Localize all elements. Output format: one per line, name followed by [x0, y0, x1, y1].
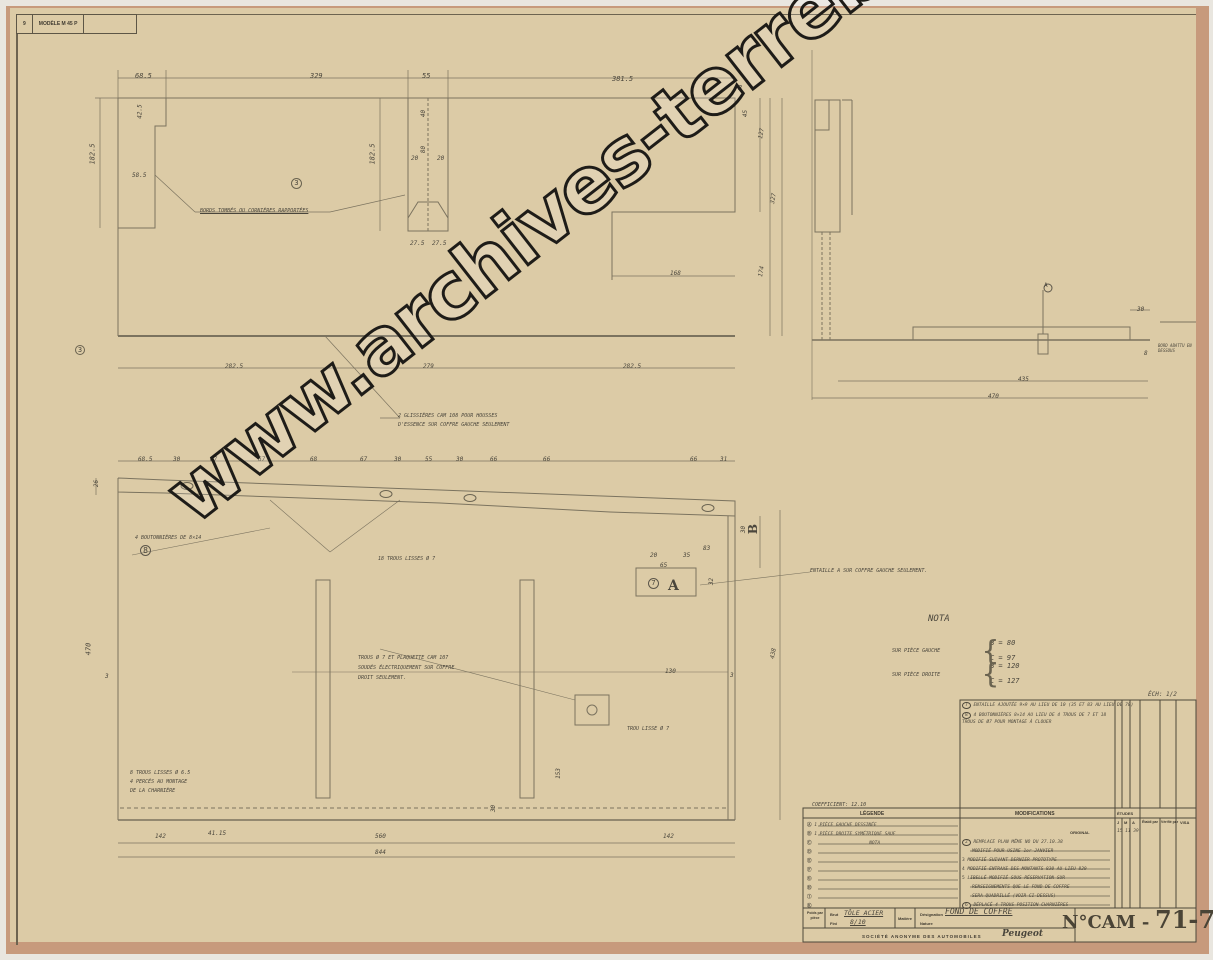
legende-header: LÉGENDE — [860, 811, 884, 817]
ref-b-circle: 8 — [140, 545, 151, 556]
fini-label: Fini — [830, 921, 837, 926]
modification-item: 4 MODIFIÉ ENTRAXE DES MONTANTS 830 AU LI… — [962, 865, 1087, 874]
dim-label: 8 — [1144, 350, 1148, 357]
legende-item: Ⓔ — [807, 857, 896, 866]
legende-item: Ⓓ — [807, 848, 896, 857]
dim-label: 35 — [683, 552, 690, 559]
dim-label: 67 — [360, 456, 367, 463]
brut-label: Brut — [830, 912, 838, 917]
note-glissieres-2: D'ESSENCE SUR COFFRE GAUCHE SEULEMENT — [398, 422, 509, 428]
etudes-header: ÉTUDES — [1117, 811, 1133, 816]
mod-ref: 5 — [962, 876, 965, 881]
note-trous-lisses: 18 TROUS LISSES Ø 7 — [378, 556, 435, 562]
note-bords: BORDS TOMBÉS OU CORNIÈRES RAPPORTÉES — [200, 208, 308, 214]
nota-right-label: SUR PIÈCE DROITE — [892, 672, 940, 678]
mod-text: MODIFIÉ POUR USINE 1er JANVIER — [972, 849, 1053, 854]
col-verifie: Vérifié par — [1161, 820, 1178, 824]
dim-label: 68.5 — [138, 456, 152, 463]
dim-label: 142 — [663, 833, 674, 840]
drawing-number-value: 71-70 — [1155, 905, 1213, 934]
fini-value: 8/10 — [850, 918, 866, 926]
col-a: A — [1132, 820, 1135, 825]
dim-label: 30 — [394, 456, 401, 463]
designation-label: Désignation — [920, 912, 943, 917]
note-glissieres-1: 2 GLISSIÈRES CAM 108 POUR HOUSSES — [398, 413, 497, 419]
modification-item: 2 REMPLACE PLAN MÊME NO DU 27.10.38 — [962, 838, 1087, 847]
legende-item: Ⓖ — [807, 875, 896, 884]
modification-item: 5 LIBELLÉ MODIFIÉ SOUS RÉSERVATION SUR — [962, 874, 1087, 883]
dim-label: 168 — [670, 270, 681, 277]
dim-label: 30 — [1137, 306, 1144, 313]
scale-note: ÉCH: 1/2 — [1148, 691, 1177, 698]
note-trou-lisse: TROU LISSE Ø 7 — [627, 726, 669, 732]
mod-ref: 2 — [962, 839, 971, 846]
dim-label: 30 — [490, 805, 497, 812]
nota-title: NOTA — [928, 614, 950, 624]
dim-label: 381.5 — [612, 75, 633, 83]
mod-ref: 8 — [962, 712, 971, 719]
dim-label: 560 — [375, 833, 386, 840]
note-entaille: ENTAILLE A SUR COFFRE GAUCHE SEULEMENT. — [810, 568, 927, 574]
dim-label: 66 — [490, 456, 497, 463]
col-etabli: Établi par — [1142, 820, 1158, 824]
dim-label: 142 — [155, 833, 166, 840]
original-label: ORIGINAL — [1070, 830, 1090, 835]
legende-text: 1 PIÈCE GAUCHE DESSINÉE — [814, 823, 876, 828]
modifications-list: 2 REMPLACE PLAN MÊME NO DU 27.10.38 MODI… — [962, 838, 1087, 910]
legende-text: NOTA — [869, 841, 880, 846]
dim-label: 66 — [690, 456, 697, 463]
legende-item: Ⓗ — [807, 884, 896, 893]
note-8-trous-3: DE LA CHARNIÈRE — [130, 788, 175, 794]
mod-row-7: 7 ENTAILLE AJOUTÉE 9×9 AU LIEU DE 10 (35… — [962, 703, 1133, 708]
col-m: M — [1124, 820, 1127, 825]
note-8-trous-1: 8 TROUS LISSES Ø 6.5 — [130, 770, 190, 776]
dim-label: 31 — [720, 456, 727, 463]
dim-label: 282.5 — [225, 363, 243, 370]
dim-label: 844 — [375, 849, 386, 856]
callout-a: A — [1044, 282, 1048, 289]
dim-label: 55 — [422, 72, 430, 80]
dim-label: 40 — [420, 110, 427, 117]
side-view-outline — [812, 50, 1196, 400]
mod-ref: 3 — [962, 858, 965, 863]
modification-item: 3 MODIFIÉ SUIVANT DERNIER PROTOTYPE — [962, 856, 1087, 865]
dim-label: 80 — [420, 146, 427, 153]
col-visa: VISA — [1180, 820, 1189, 825]
dim-label: 182.5 — [89, 143, 97, 164]
mod-text: REMPLACE PLAN MÊME NO DU 27.10.38 — [973, 840, 1062, 845]
note-plaquette-1: TROUS Ø 7 ET PLAQUETTE CAM 107 — [358, 655, 448, 661]
nature-label: Nature — [920, 921, 933, 926]
mod-text: LIBELLÉ MODIFIÉ SOUS RÉSERVATION SUR — [967, 876, 1065, 881]
dim-label: 30 — [456, 456, 463, 463]
matiere-label: Matière — [898, 916, 912, 921]
dim-label: 20 — [411, 155, 418, 162]
modifications-header: MODIFICATIONS — [1015, 811, 1055, 817]
dim-label: 3 — [105, 673, 109, 680]
original-date: 15 11 39 — [1117, 829, 1139, 834]
legende-list: Ⓐ 1 PIÈCE GAUCHE DESSINÉE Ⓑ 1 PIÈCE DROI… — [807, 821, 896, 911]
dim-label: 182.5 — [369, 143, 377, 164]
legende-item: Ⓑ 1 PIÈCE DROITE SYMÉTRIQUE SAUF — [807, 830, 896, 839]
drawing-number: N°CAM - 71-70 — [1062, 905, 1213, 934]
dim-label: 435 — [1018, 376, 1029, 383]
dim-label: 27.5 — [410, 240, 424, 247]
dim-label: 58.5 — [132, 172, 146, 179]
note-plaquette-3: DROIT SEULEMENT. — [358, 675, 406, 681]
dim-label: 42.5 — [137, 104, 144, 118]
note-8-trous-2: 4 PERCÉS AU MONTAGE — [130, 779, 187, 785]
col-j: J — [1117, 820, 1119, 825]
mod-ref: 4 — [962, 867, 965, 872]
mod-row-8: 8 4 BOUTONNIÈRES 8×14 AU LIEU DE 4 TROUS… — [962, 712, 1112, 726]
nota-brace-right: { — [982, 661, 999, 687]
nota-left-label: SUR PIÈCE GAUCHE — [892, 648, 940, 654]
dim-label: 65 — [660, 562, 667, 569]
dim-label: 130 — [665, 668, 676, 675]
brut-value: TÔLE ACIER — [844, 909, 883, 917]
legende-item: Ⓒ NOTA — [807, 839, 896, 848]
dim-label: 153 — [555, 768, 562, 779]
label-b: B — [746, 524, 760, 534]
modification-item: SERA QUADRILLÉ (VOIR CI-DESSUS) — [972, 892, 1087, 901]
dim-label: 66 — [543, 456, 550, 463]
dim-label: 55 — [425, 456, 432, 463]
dim-label: 32 — [708, 578, 715, 585]
notch-ref-circle: 7 — [648, 578, 659, 589]
modification-item: MODIFIÉ POUR USINE 1er JANVIER — [972, 847, 1087, 856]
legende-text: 1 PIÈCE DROITE SYMÉTRIQUE SAUF — [814, 832, 895, 837]
modification-item: RENSEIGNEMENTS QUE LE FOND DE COFFRE — [972, 883, 1087, 892]
mod-text: MODIFIÉ SUIVANT DERNIER PROTOTYPE — [967, 858, 1056, 863]
dim-label: 20 — [437, 155, 444, 162]
notch-label-a: A — [668, 578, 679, 594]
mod-text: RENSEIGNEMENTS QUE LE FOND DE COFFRE — [972, 885, 1070, 890]
poids-label: Poids par pièce — [806, 911, 824, 921]
dim-label: 26 — [93, 480, 100, 487]
section-ref-circle: 3 — [75, 345, 85, 355]
mod-text: ENTAILLE AJOUTÉE 9×9 AU LIEU DE 10 (35 E… — [973, 703, 1133, 708]
mod-text: SERA QUADRILLÉ (VOIR CI-DESSUS) — [972, 894, 1056, 899]
mod-text: MODIFIÉ ENTRAXE DES MONTANTS 830 AU LIEU… — [967, 867, 1086, 872]
note-bord-abattu: BORD ABATTU EN DESSOUS — [1158, 343, 1193, 353]
designation-value: FOND DE COFFRE — [945, 907, 1012, 916]
legende-item: Ⓘ — [807, 893, 896, 902]
note-boutonnieres: 4 BOUTONNIÈRES DE 8×14 — [135, 535, 201, 541]
dim-label: 41.15 — [208, 830, 226, 837]
legende-item: Ⓕ — [807, 866, 896, 875]
dim-label: 470 — [988, 393, 999, 400]
coefficient-label: COEFFICIENT: 12.10 — [812, 802, 866, 808]
dim-label: 20 — [650, 552, 657, 559]
dim-label: 282.5 — [623, 363, 641, 370]
dim-label: 83 — [703, 545, 710, 552]
mod-text: 4 BOUTONNIÈRES 8×14 AU LIEU DE 4 TROUS D… — [962, 713, 1106, 725]
part-ref-circle: 3 — [291, 178, 302, 189]
mod-ref: 7 — [962, 702, 971, 709]
dim-label: 68.5 — [135, 72, 152, 80]
dim-label: 3 — [730, 672, 734, 679]
drawing-number-prefix: N°CAM - — [1062, 912, 1149, 933]
legende-item: Ⓐ 1 PIÈCE GAUCHE DESSINÉE — [807, 821, 896, 830]
company-name: SOCIÉTÉ ANONYME DES AUTOMOBILES — [862, 934, 982, 939]
dim-label: 329 — [310, 72, 323, 80]
brand-logo: Peugeot — [1002, 929, 1043, 939]
dim-label: 470 — [84, 643, 92, 656]
note-plaquette-2: SOUDÉS ÉLECTRIQUEMENT SUR COFFRE — [358, 665, 454, 671]
